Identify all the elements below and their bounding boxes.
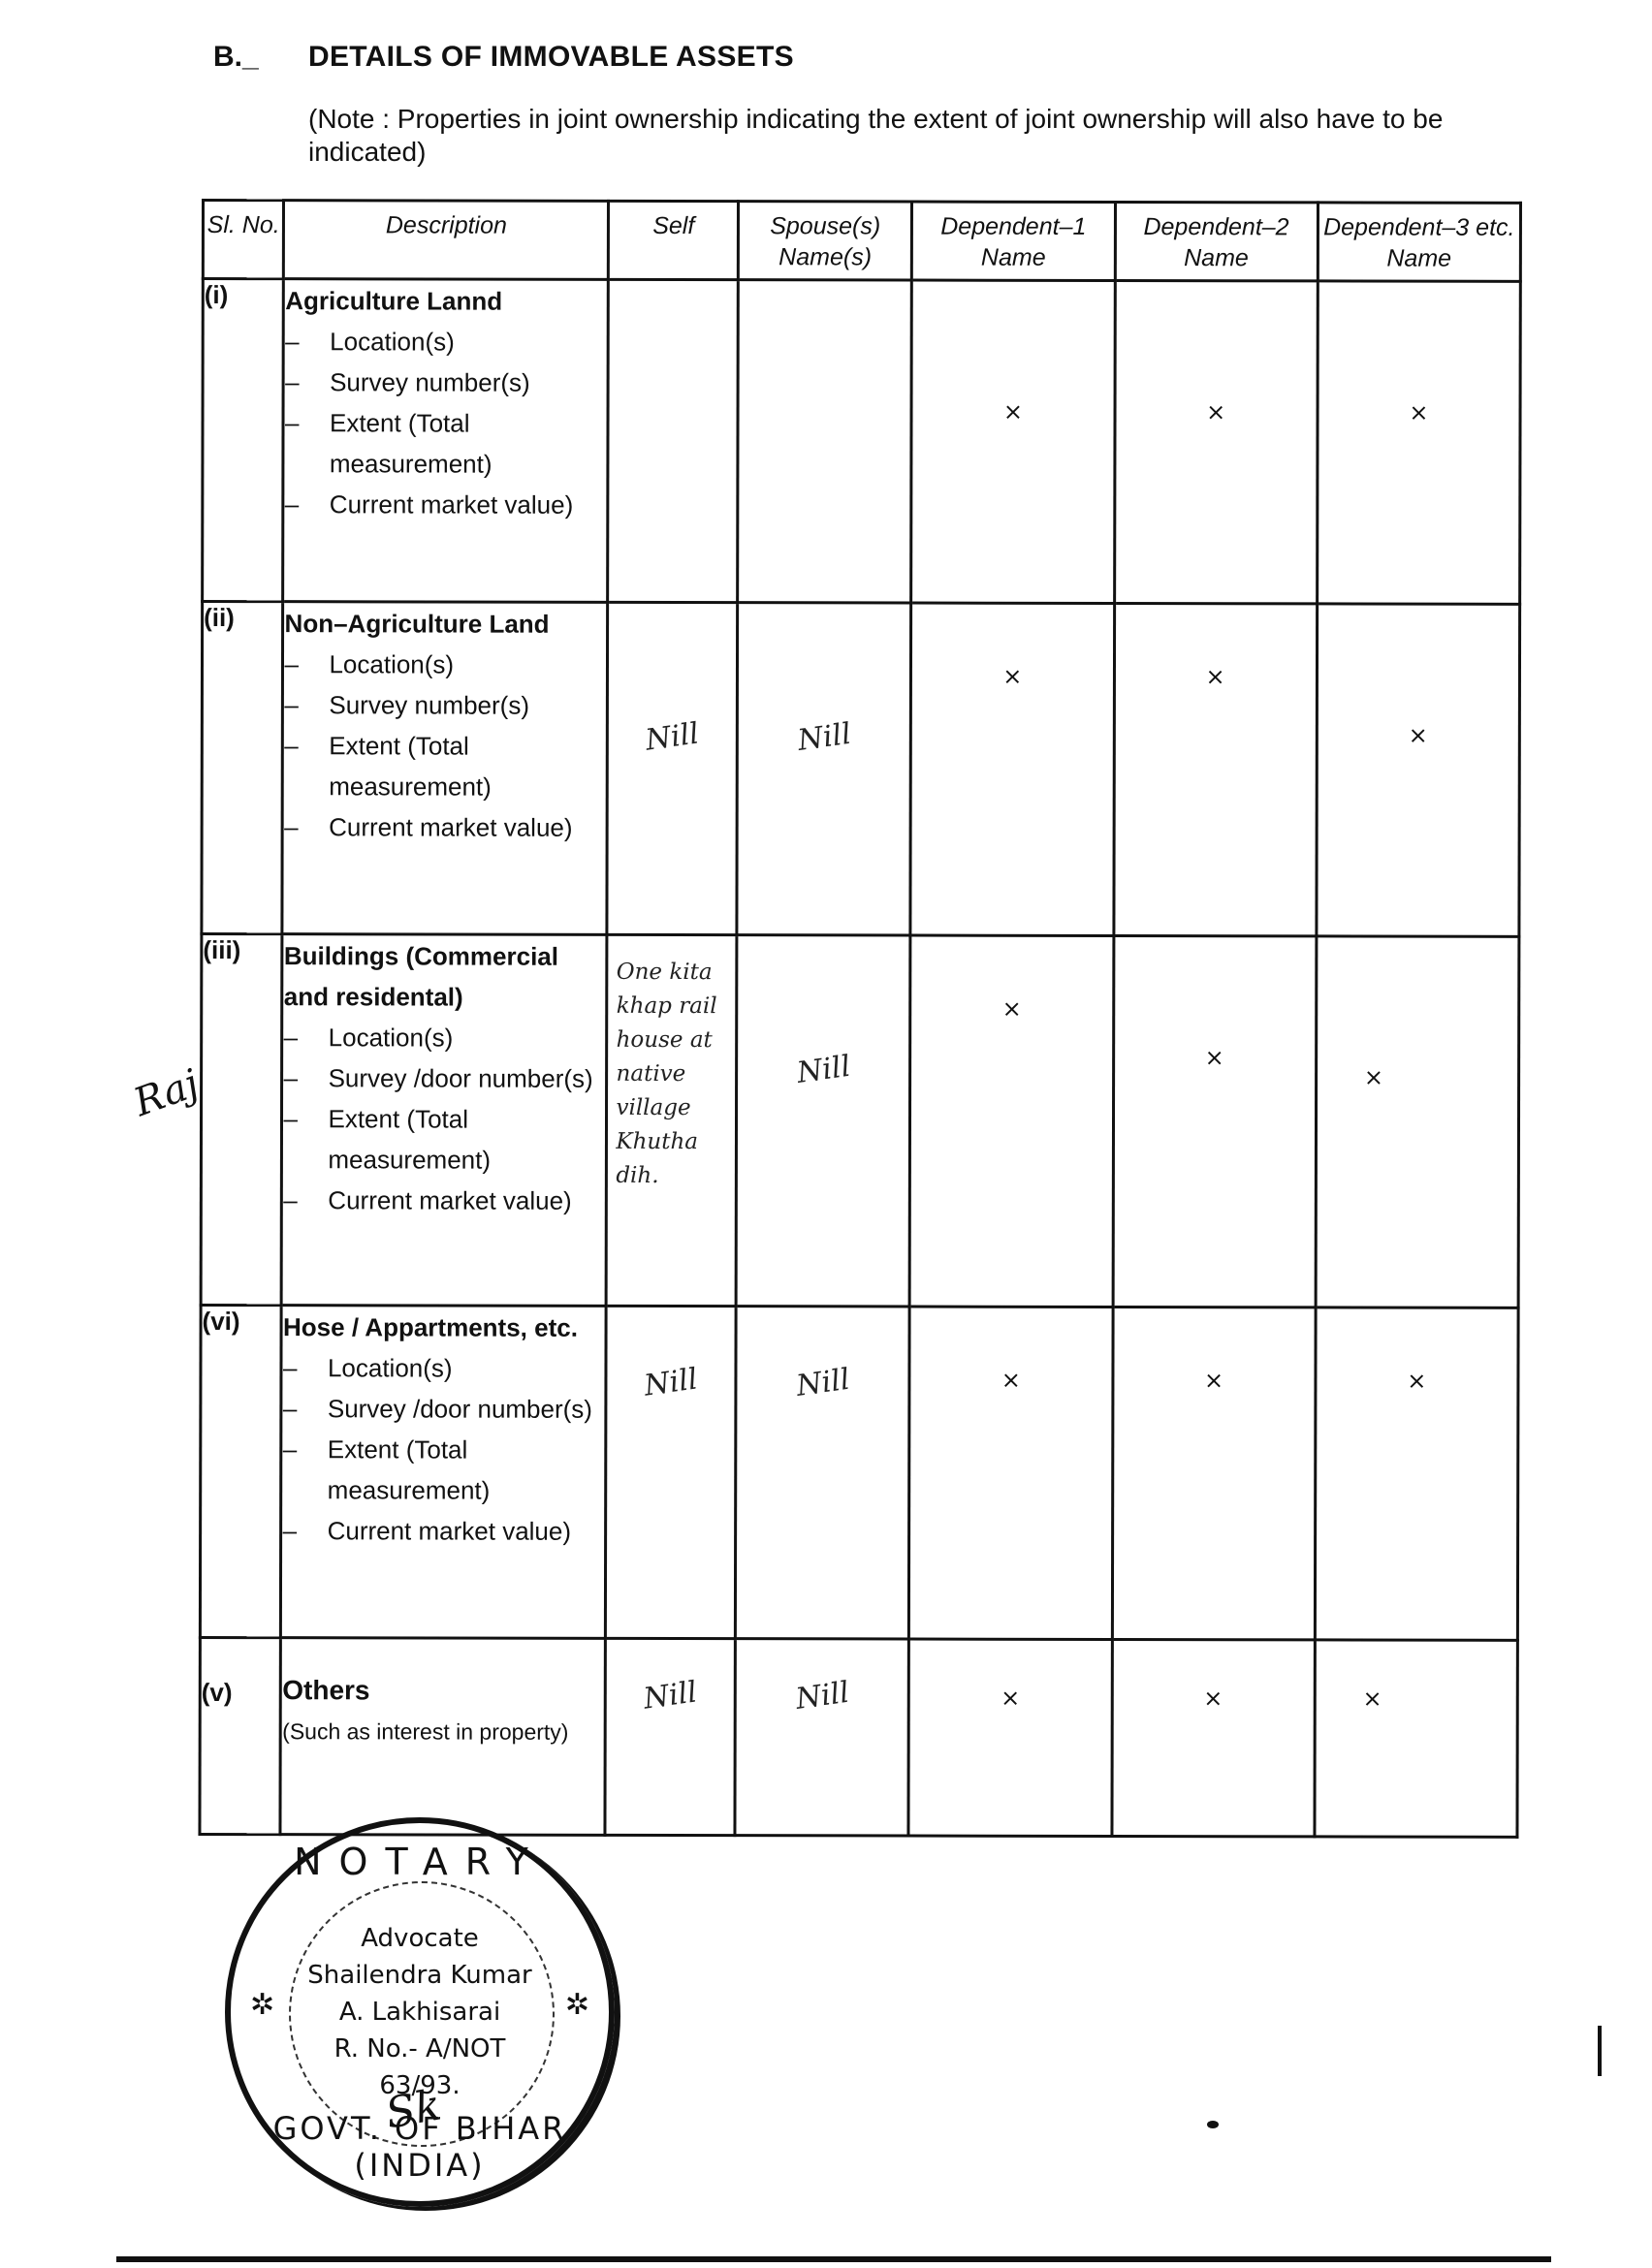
cell-dependent-3: × <box>1315 1307 1518 1640</box>
cross-mark-icon: × <box>1363 1685 1382 1713</box>
header-self: Self <box>609 201 739 279</box>
header-dependent-3: Dependent–3 etc. Name <box>1318 203 1520 281</box>
section-title: DETAILS OF IMMOVABLE ASSETS <box>308 41 794 74</box>
cross-mark-icon: × <box>1409 399 1428 426</box>
cell-dependent-1: × <box>911 280 1115 603</box>
cross-mark-icon: × <box>1002 995 1022 1023</box>
desc-item: –Current market value) <box>283 1510 605 1552</box>
row-sl-no: (iii) <box>201 934 282 1306</box>
row-title: Buildings (Commercial and residental) <box>284 935 606 1018</box>
handwritten-entry: Nill <box>795 1050 852 1090</box>
row-title: Agriculture Lannd <box>285 280 607 322</box>
desc-item: –Extent (Total measurement) <box>283 1429 605 1511</box>
cell-dependent-3: × <box>1317 604 1520 936</box>
table-row: (i) Agriculture Lannd –Location(s) –Surv… <box>203 279 1521 605</box>
desc-item: –Extent (Total measurement) <box>283 1098 605 1181</box>
header-dependent-1: Dependent–1 Name <box>912 202 1115 280</box>
row-description: Hose / Appartments, etc. –Location(s) –S… <box>281 1306 607 1639</box>
handwritten-entry: Nill <box>794 1363 851 1403</box>
row-description: Buildings (Commercial and residental) –L… <box>282 934 608 1307</box>
cell-dependent-1: × <box>909 1307 1113 1639</box>
desc-item: –Extent (Total measurement) <box>285 402 607 485</box>
table-row: (iii) Buildings (Commercial and resident… <box>201 934 1519 1308</box>
header-dependent-2: Dependent–2 Name <box>1115 202 1318 280</box>
cell-dependent-3: × <box>1315 1640 1518 1837</box>
cross-mark-icon: × <box>1204 1367 1223 1394</box>
cell-self <box>608 279 738 602</box>
desc-item: –Survey /door number(s) <box>284 1057 606 1099</box>
cross-mark-icon: × <box>1205 1044 1224 1071</box>
table-row: (ii) Non–Agriculture Land –Location(s) –… <box>202 602 1520 937</box>
handwritten-entry: Nill <box>644 716 701 757</box>
handwritten-entry: Nill <box>795 717 852 758</box>
cross-mark-icon: × <box>1206 398 1225 425</box>
cross-mark-icon: × <box>1409 722 1428 749</box>
immovable-assets-table: Sl. No. Description Self Spouse(s) Name(… <box>198 199 1522 1839</box>
row-title: Non–Agriculture Land <box>285 603 607 645</box>
cross-mark-icon: × <box>1205 663 1224 690</box>
desc-item: –Extent (Total measurement) <box>284 725 606 807</box>
cell-dependent-3: × <box>1317 281 1520 604</box>
header-spouse: Spouse(s) Name(s) <box>739 202 912 280</box>
bottom-rule <box>116 2256 1551 2262</box>
cell-dependent-3: × <box>1316 936 1519 1307</box>
cross-mark-icon: × <box>1003 398 1023 425</box>
cell-dependent-1: × <box>908 1639 1112 1836</box>
cell-dependent-1: × <box>910 603 1114 935</box>
cross-mark-icon: × <box>1001 1685 1020 1712</box>
notary-stamp: NOTARY ✲ ✲ Advocate Shailendra Kumar A. … <box>225 1817 615 2207</box>
row-sl-no: (vi) <box>200 1306 281 1638</box>
cell-spouse <box>738 280 912 603</box>
header-sl-no: Sl. No. <box>203 201 284 279</box>
cell-dependent-2: × <box>1112 1307 1316 1639</box>
table-row: (vi) Hose / Appartments, etc. –Location(… <box>200 1306 1518 1641</box>
cross-mark-icon: × <box>1203 1685 1223 1712</box>
desc-item: –Current market value) <box>284 806 606 848</box>
handwritten-entry: Nill <box>643 1362 700 1402</box>
cell-spouse: Nill <box>736 935 910 1307</box>
cross-mark-icon: × <box>1001 1367 1021 1394</box>
cell-dependent-2: × <box>1111 1639 1315 1836</box>
cell-self: One kita khap rail house at native villa… <box>607 934 738 1306</box>
cross-mark-icon: × <box>1407 1368 1426 1395</box>
handwritten-entry: Nill <box>793 1676 850 1717</box>
desc-item: –Survey number(s) <box>285 362 607 403</box>
stamp-ring-bottom-text: GOVT. OF BIHAR (INDIA) <box>231 2110 609 2184</box>
desc-item: –Location(s) <box>283 1347 605 1389</box>
cell-spouse: Nill <box>735 1639 908 1836</box>
cell-dependent-2: × <box>1114 280 1318 603</box>
row-description: Others (Such as interest in property) <box>280 1638 605 1836</box>
table-row: (v) Others (Such as interest in property… <box>200 1637 1517 1837</box>
row-title: Hose / Appartments, etc. <box>283 1307 605 1348</box>
header-description: Description <box>284 201 609 280</box>
margin-mark <box>1598 2026 1602 2076</box>
cell-spouse: Nill <box>737 603 911 935</box>
row-sl-no: (ii) <box>202 602 283 934</box>
desc-item: –Current market value) <box>283 1180 605 1221</box>
cross-mark-icon: × <box>1364 1064 1383 1091</box>
desc-item: –Survey number(s) <box>284 684 606 726</box>
cross-mark-icon: × <box>1002 663 1022 690</box>
section-letter: B._ <box>213 41 259 74</box>
handwritten-entry: Nill <box>642 1675 699 1716</box>
handwritten-entry: One kita khap rail house at native villa… <box>608 936 735 1193</box>
desc-item: –Location(s) <box>284 644 606 685</box>
table-header-row: Sl. No. Description Self Spouse(s) Name(… <box>203 201 1520 282</box>
cell-self: Nill <box>606 1306 736 1638</box>
desc-item: –Location(s) <box>284 1017 606 1058</box>
row-description: Agriculture Lannd –Location(s) –Survey n… <box>283 279 609 603</box>
cell-dependent-1: × <box>909 935 1113 1307</box>
row-subtitle: (Such as interest in property) <box>282 1711 604 1752</box>
cell-self: Nill <box>605 1638 735 1835</box>
cell-self: Nill <box>607 602 737 934</box>
row-sl-no: (v) <box>200 1637 281 1834</box>
row-sl-no: (i) <box>203 279 284 602</box>
desc-item: –Location(s) <box>285 321 607 362</box>
desc-item: –Current market value) <box>285 484 607 525</box>
cell-dependent-2: × <box>1113 603 1317 935</box>
margin-initial-signature: Raj <box>128 1061 205 1125</box>
cell-spouse: Nill <box>736 1307 910 1639</box>
row-description: Non–Agriculture Land –Location(s) –Surve… <box>282 602 608 935</box>
stamp-center-text: Advocate Shailendra Kumar A. Lakhisarai … <box>231 1920 609 2104</box>
ink-speck <box>1207 2121 1219 2128</box>
desc-item: –Survey /door number(s) <box>283 1388 605 1430</box>
stamp-ring-top-text: NOTARY <box>231 1841 609 1883</box>
cell-dependent-2: × <box>1113 935 1317 1307</box>
section-note: (Note : Properties in joint ownership in… <box>308 103 1530 169</box>
row-title: Others <box>282 1670 604 1712</box>
